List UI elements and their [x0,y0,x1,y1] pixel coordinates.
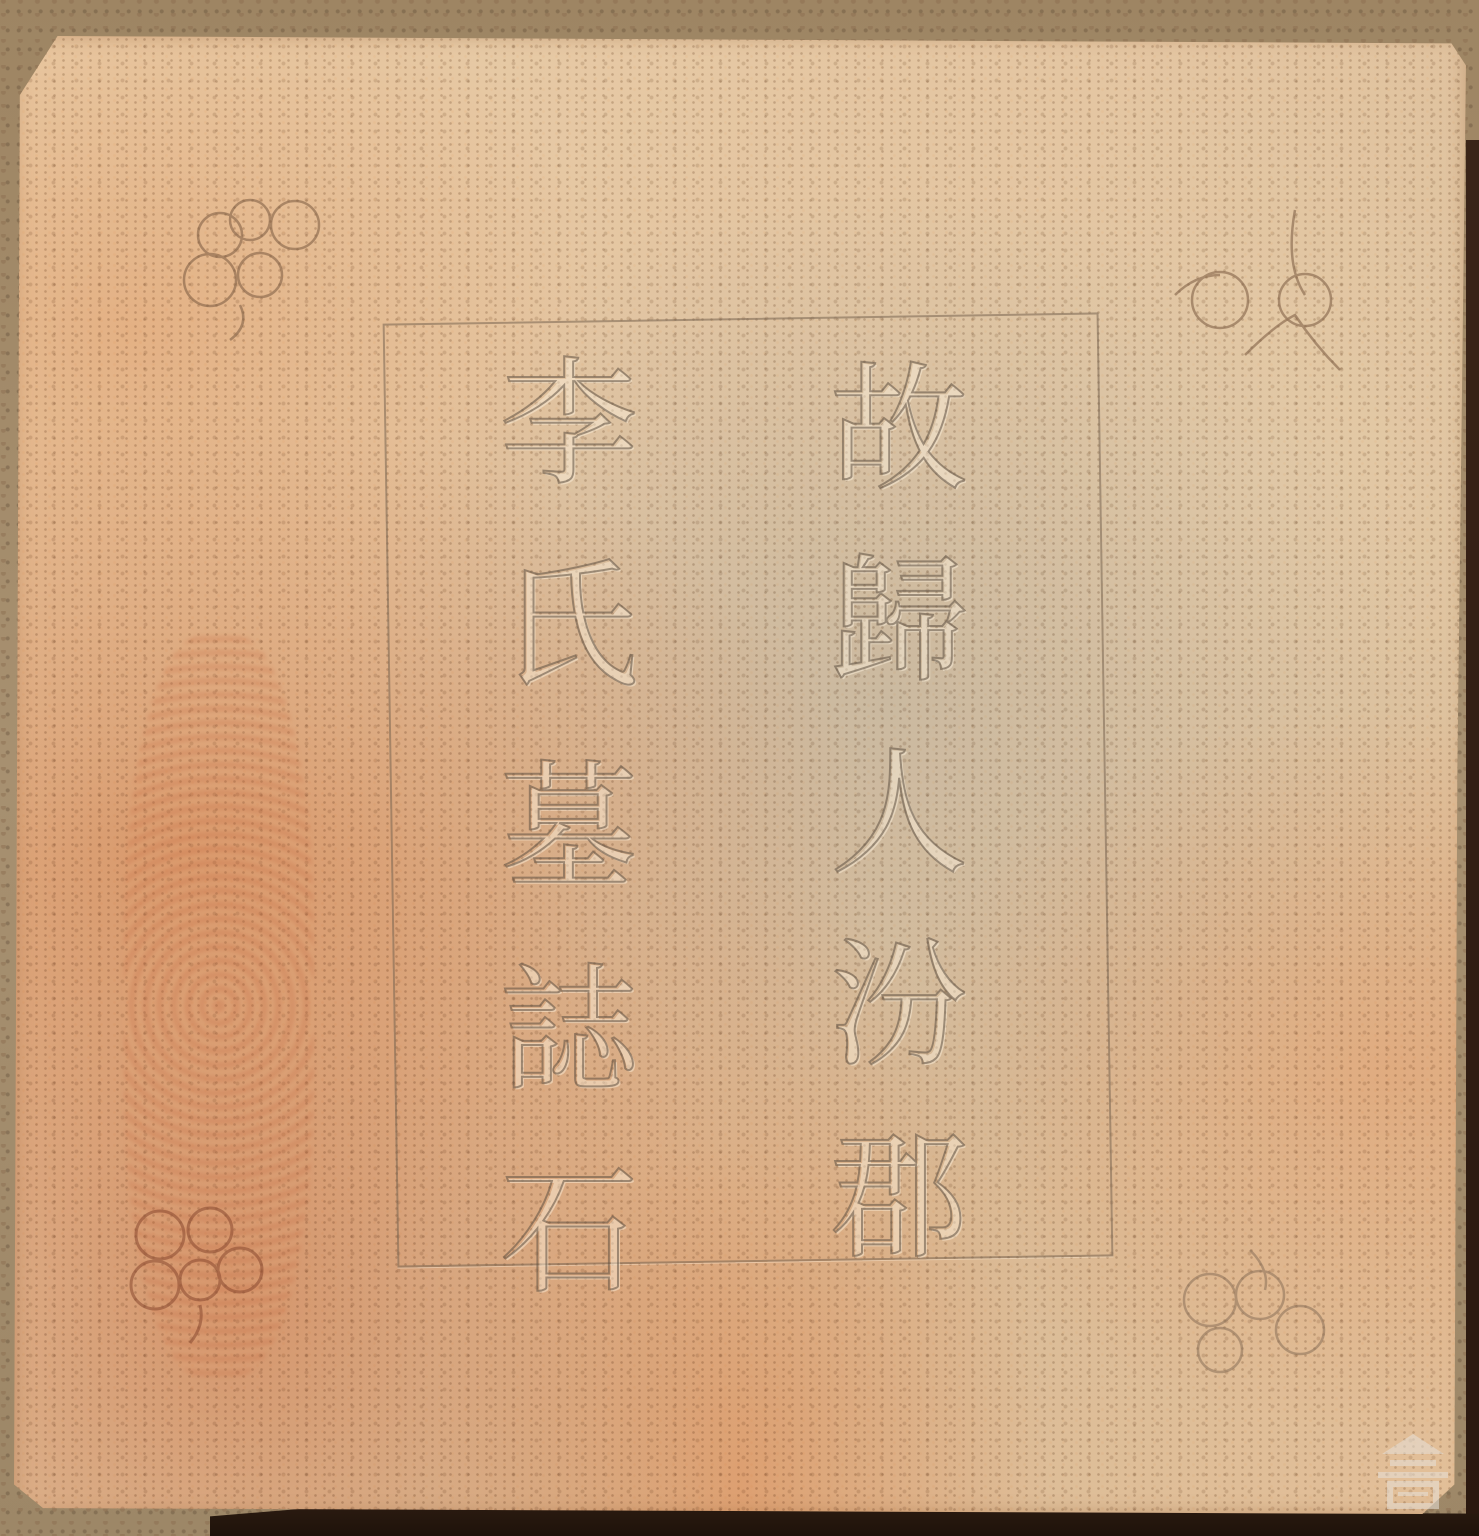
inscription-char: 人 [830,744,968,884]
flower-motif-top-right-icon [1165,205,1365,385]
flower-motif-bottom-left-icon [110,1195,280,1345]
inscription-char: 故 [830,360,968,500]
flower-motif-top-left-icon [150,185,350,345]
flower-motif-bottom-right-icon [1160,1240,1340,1400]
inscription-char: 李 [500,355,638,495]
slab-shadow-right [1466,140,1479,1536]
inscription-char: 汾 [830,936,968,1076]
inscription-char: 歸 [830,552,968,692]
inscription-column-right: 故 歸 人 汾 郡 [830,360,968,1268]
inscription-char: 墓 [500,759,638,899]
watermark-logo-icon [1370,1432,1456,1512]
incised-frame [383,312,1114,1267]
inscription-column-left: 李 氏 墓 誌 石 [500,355,638,1303]
inscription-char: 誌 [500,961,638,1101]
inscription-char: 石 [500,1163,638,1303]
inscription-char: 郡 [830,1128,968,1268]
inscription-char: 氏 [500,557,638,697]
